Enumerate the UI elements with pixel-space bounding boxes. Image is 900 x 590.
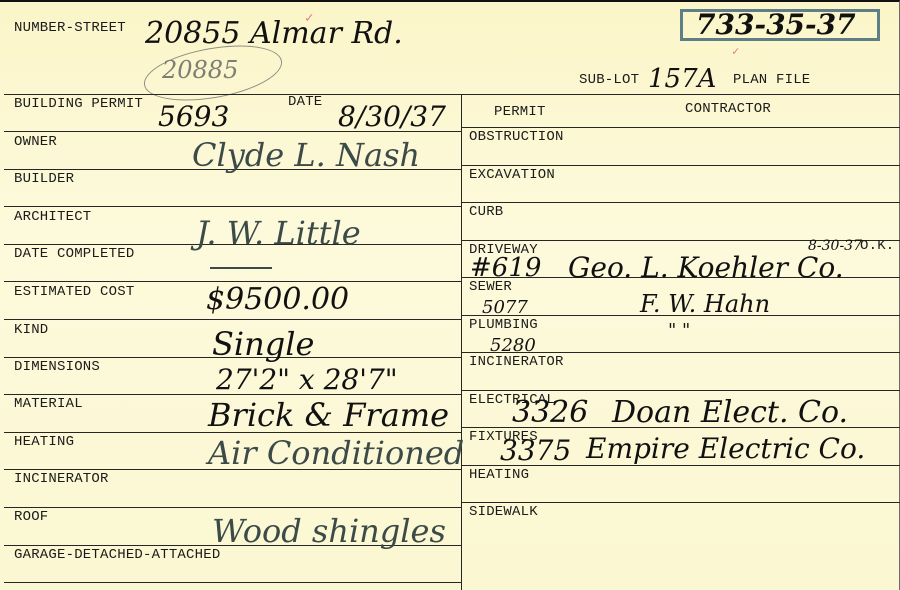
label-architect: ARCHITECT xyxy=(14,209,91,225)
label-date: DATE xyxy=(288,94,322,110)
driveway-contractor: Geo. L. Koehler Co. xyxy=(568,251,844,284)
label-owner: OWNER xyxy=(14,134,57,150)
value-date: 8/30/37 xyxy=(338,100,446,133)
label-date-completed: DATE COMPLETED xyxy=(14,246,134,262)
value-material: Brick & Frame xyxy=(208,396,449,434)
date-completed-dash xyxy=(210,267,272,269)
label-heating: HEATING xyxy=(14,434,74,450)
plumbing-number: 5280 xyxy=(490,335,536,356)
label-material: MATERIAL xyxy=(14,396,83,412)
sewer-number: 5077 xyxy=(482,297,528,318)
value-architect: J. W. Little xyxy=(196,214,361,252)
fixtures-contractor: Empire Electric Co. xyxy=(586,432,865,465)
permit-label-heating: HEATING xyxy=(469,467,529,483)
label-dimensions: DIMENSIONS xyxy=(14,359,100,375)
header-contractor: CONTRACTOR xyxy=(685,101,771,117)
rule xyxy=(462,127,900,128)
value-heating: Air Conditioned xyxy=(208,434,464,472)
label-estimated-cost: ESTIMATED COST xyxy=(14,284,134,300)
driveway-number: #619 xyxy=(470,253,541,283)
label-kind: KIND xyxy=(14,322,48,338)
sewer-contractor: F. W. Hahn xyxy=(640,290,770,318)
header-permit: PERMIT xyxy=(494,104,546,120)
rule xyxy=(462,202,900,203)
electrical-contractor: Doan Elect. Co. xyxy=(612,395,848,430)
plumbing-contractor: " " xyxy=(668,320,690,341)
value-file-stamp: 733-35-37 xyxy=(696,8,856,41)
permit-label-obstruction: OBSTRUCTION xyxy=(469,129,564,145)
label-incinerator: INCINERATOR xyxy=(14,471,109,487)
value-owner: Clyde L. Nash xyxy=(192,136,420,174)
label-sub-lot: SUB-LOT xyxy=(579,72,639,88)
red-check-mark-icon: ✓ xyxy=(305,10,313,27)
rule xyxy=(462,165,900,166)
value-building-permit: 5693 xyxy=(158,100,229,133)
rule xyxy=(4,319,462,320)
electrical-number: 3326 xyxy=(512,395,588,430)
rule xyxy=(4,94,900,95)
value-sub-lot: 157A xyxy=(648,64,716,94)
label-builder: BUILDER xyxy=(14,171,74,187)
value-roof: Wood shingles xyxy=(212,512,446,550)
label-building-permit: BUILDING PERMIT xyxy=(14,96,143,112)
rule xyxy=(462,390,900,391)
rule xyxy=(4,582,462,583)
value-dimensions: 27'2" x 28'7" xyxy=(216,363,398,396)
value-kind: Single xyxy=(212,325,314,363)
label-garage: GARAGE-DETACHED-ATTACHED xyxy=(14,547,220,563)
permit-label-sidewalk: SIDEWALK xyxy=(469,504,538,520)
building-permit-card: NUMBER-STREET 20855 Almar Rd. ✓ 20885 73… xyxy=(0,0,900,590)
driveway-status: O.K. xyxy=(860,238,894,254)
value-estimated-cost: $9500.00 xyxy=(206,282,349,317)
label-number-street: NUMBER-STREET xyxy=(14,20,126,36)
fixtures-number: 3375 xyxy=(500,434,571,467)
red-check-mark-icon: ✓ xyxy=(732,44,739,59)
rule xyxy=(462,502,900,503)
value-number-street: 20855 Almar Rd. xyxy=(145,16,403,51)
permit-label-curb: CURB xyxy=(469,204,503,220)
permit-label-plumbing: PLUMBING xyxy=(469,317,538,333)
label-plan-file: PLAN FILE xyxy=(733,72,810,88)
column-divider xyxy=(461,94,462,590)
rule xyxy=(4,206,462,207)
value-alt-number: 20885 xyxy=(162,56,238,84)
rule xyxy=(4,507,462,508)
permit-label-excavation: EXCAVATION xyxy=(469,167,555,183)
permit-label-incinerator: INCINERATOR xyxy=(469,354,564,370)
label-roof: ROOF xyxy=(14,509,48,525)
